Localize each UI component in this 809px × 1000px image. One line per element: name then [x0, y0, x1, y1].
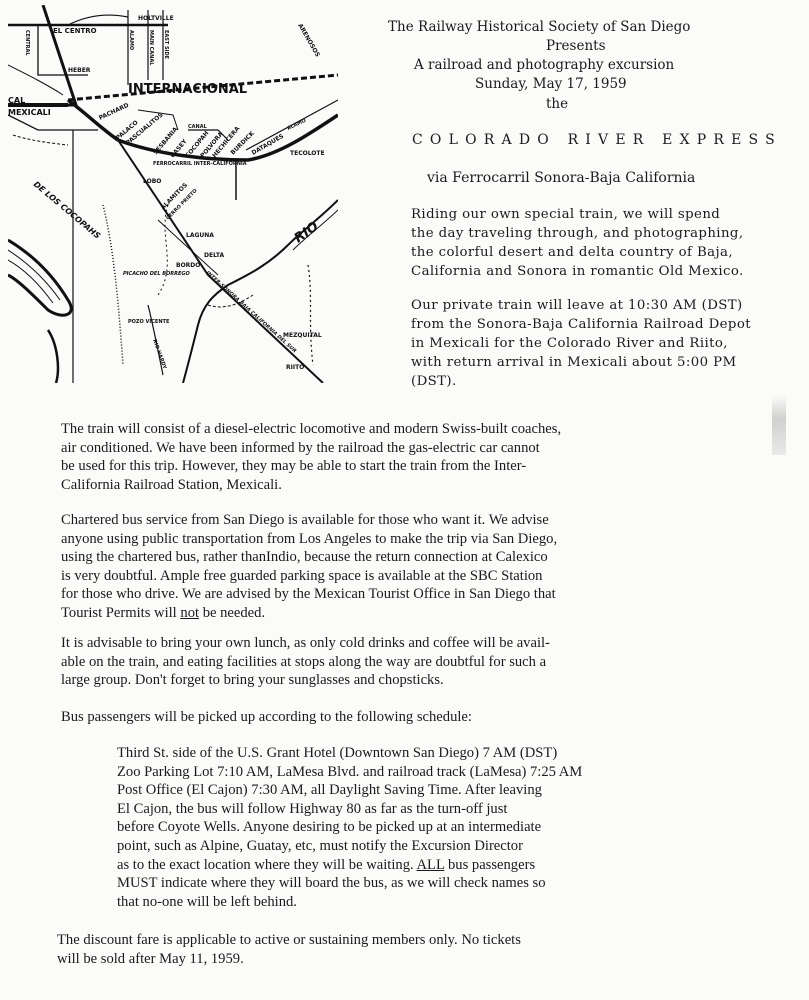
svg-text:RIO: RIO	[292, 219, 322, 246]
svg-text:TECOLOTE: TECOLOTE	[290, 150, 325, 157]
svg-text:PACHARD: PACHARD	[98, 102, 130, 122]
bus-service-end: be needed.	[199, 605, 265, 621]
route-map-drawing: EL CENTRO HOLTVILLE HEBER CAL MEXICALI I…	[8, 5, 338, 383]
lunch-paragraph: It is advisable to bring your own lunch,…	[61, 634, 806, 690]
svg-text:EL CENTRO: EL CENTRO	[53, 27, 97, 35]
svg-text:CAL: CAL	[8, 96, 25, 105]
not-emphasis: not	[180, 605, 199, 621]
svg-text:MAIN CANAL: MAIN CANAL	[148, 30, 154, 66]
svg-text:ALAMO: ALAMO	[128, 30, 134, 50]
svg-text:RIITO: RIITO	[286, 364, 304, 371]
schedule-text: Third St. side of the U.S. Grant Hotel (…	[117, 745, 582, 873]
svg-text:DELTA: DELTA	[204, 252, 225, 259]
presents-label: Presents	[546, 37, 606, 56]
svg-text:EAST SIDE: EAST SIDE	[163, 30, 169, 60]
riding-paragraph: Riding our own special train, we will sp…	[411, 205, 809, 281]
svg-text:LOBO: LOBO	[143, 178, 161, 185]
svg-text:POZO VICENTE: POZO VICENTE	[128, 319, 170, 325]
svg-text:RIO HARDY: RIO HARDY	[151, 339, 167, 371]
train-consist-paragraph: The train will consist of a diesel-elect…	[61, 420, 806, 494]
svg-text:MEXICALI: MEXICALI	[8, 108, 51, 117]
svg-text:MEZQUITAL: MEZQUITAL	[283, 332, 322, 339]
svg-text:PICACHO DEL BORREGO: PICACHO DEL BORREGO	[123, 271, 191, 277]
bus-schedule: Third St. side of the U.S. Grant Hotel (…	[117, 744, 807, 911]
all-emphasis: ALL	[417, 857, 445, 873]
svg-text:ALAMO: ALAMO	[286, 118, 307, 132]
the-label: the	[546, 95, 568, 114]
svg-text:INTERNACIONAL: INTERNACIONAL	[128, 82, 247, 97]
svg-text:FERROCARRIL INTER-CALIFORNIA: FERROCARRIL INTER-CALIFORNIA	[153, 161, 247, 167]
pickup-intro: Bus passengers will be picked up accordi…	[61, 708, 806, 727]
svg-text:HEBER: HEBER	[68, 67, 91, 74]
excursion-date: Sunday, May 17, 1959	[475, 75, 627, 94]
svg-text:DE LOS COCOPAHS: DE LOS COCOPAHS	[32, 180, 102, 241]
route-map: EL CENTRO HOLTVILLE HEBER CAL MEXICALI I…	[8, 5, 338, 383]
svg-text:LAGUNA: LAGUNA	[186, 232, 214, 239]
svg-text:INTER-SONORA BAJA CALIFORNIA D: INTER-SONORA BAJA CALIFORNIA DEL SUR	[205, 270, 298, 354]
excursion-description: A railroad and photography excursion	[414, 56, 674, 75]
svg-text:HOLTVILLE: HOLTVILLE	[138, 15, 174, 22]
private-train-paragraph: Our private train will leave at 10:30 AM…	[411, 296, 809, 391]
svg-text:ARENOSOS: ARENOSOS	[296, 23, 321, 59]
svg-text:CENTRAL: CENTRAL	[24, 30, 30, 56]
society-name: The Railway Historical Society of San Di…	[388, 18, 690, 37]
fare-paragraph: The discount fare is applicable to activ…	[57, 931, 802, 968]
svg-text:CANAL: CANAL	[188, 124, 208, 130]
train-title: COLORADO RIVER EXPRESS	[412, 132, 782, 148]
svg-text:BORDO: BORDO	[176, 262, 200, 269]
bus-service-text: Chartered bus service from San Diego is …	[61, 512, 557, 621]
railroad-subtitle: via Ferrocarril Sonora-Baja California	[427, 170, 695, 186]
bus-service-paragraph: Chartered bus service from San Diego is …	[61, 511, 806, 623]
